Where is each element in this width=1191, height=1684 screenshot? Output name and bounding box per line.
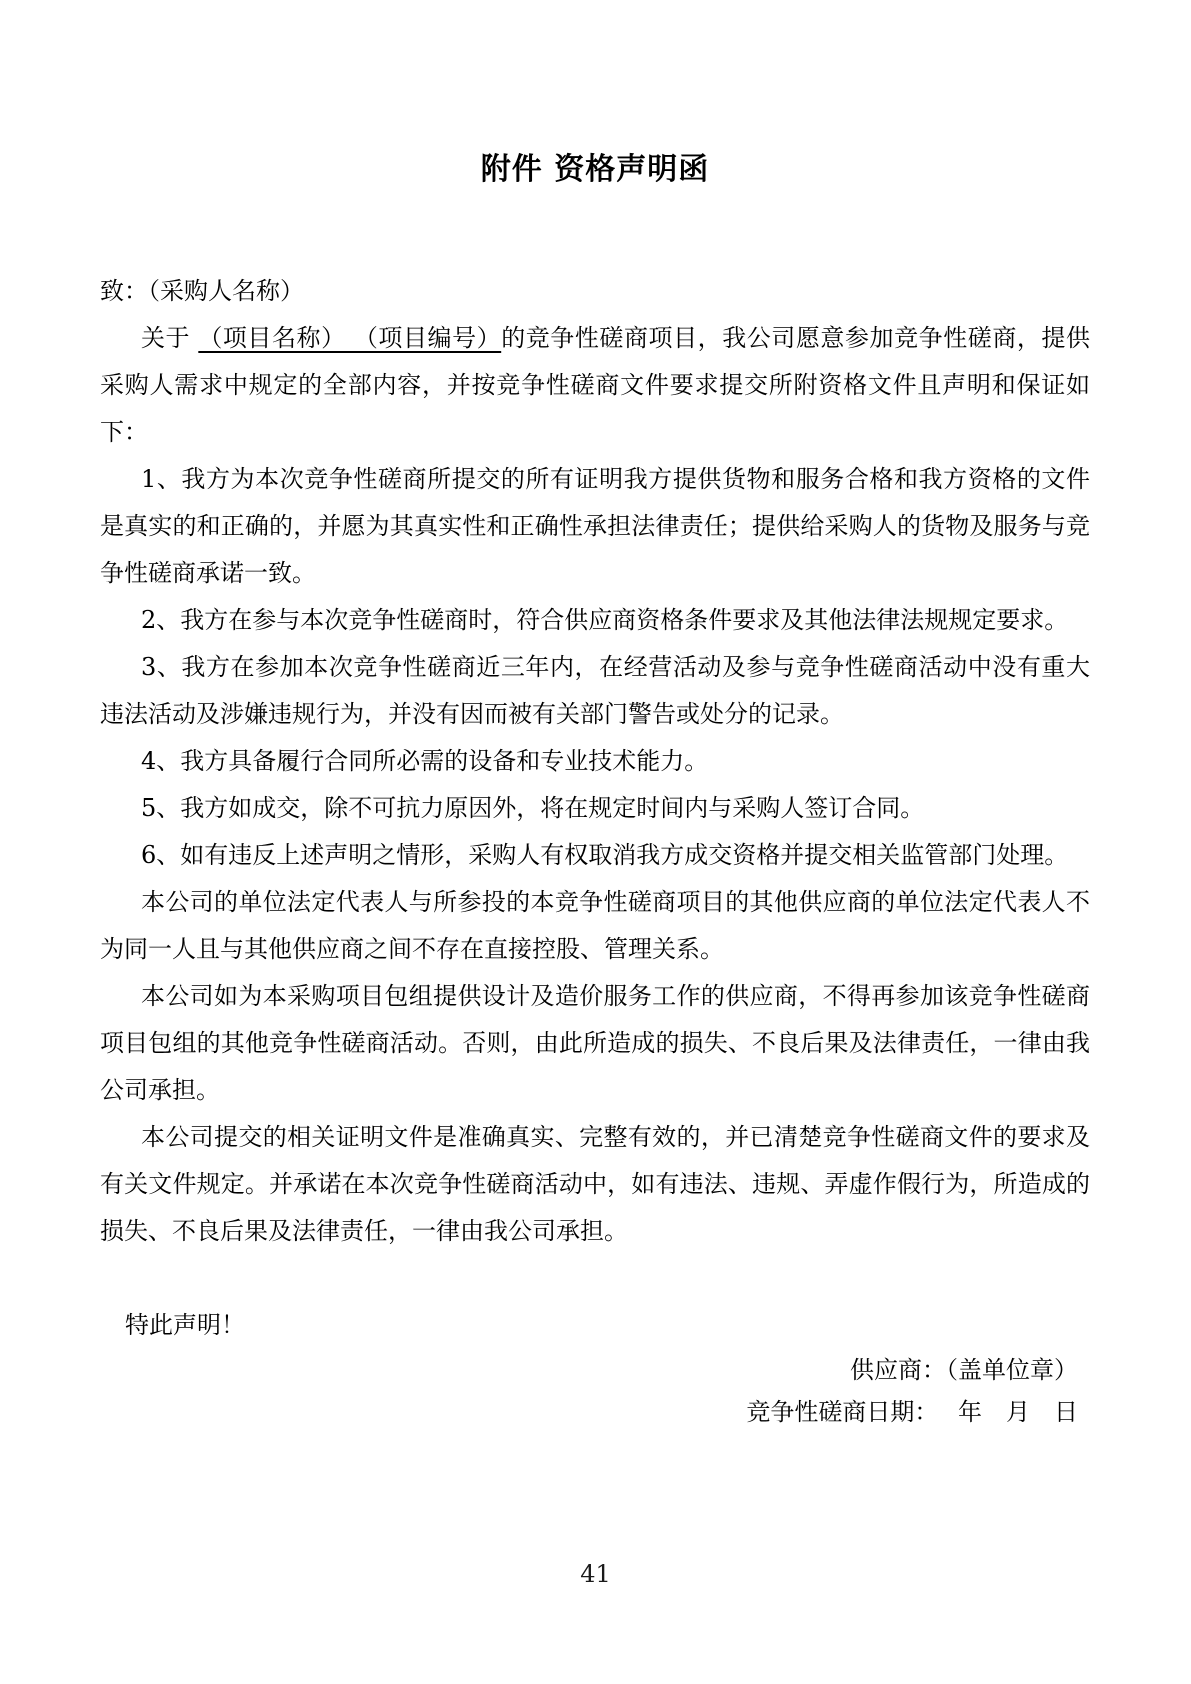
page-number: 41 — [0, 1560, 1191, 1588]
document-body: 致：（采购人名称） 关于 （项目名称） （项目编号）的竞争性磋商项目，我公司愿意… — [100, 268, 1090, 1433]
supplier-signature-line: 供应商：（盖单位章） — [100, 1349, 1078, 1391]
design-service-paragraph: 本公司如为本采购项目包组提供设计及造价服务工作的供应商，不得再参加该竞争性磋商项… — [100, 973, 1090, 1114]
clause-paragraph-6: 6、如有违反上述声明之情形，采购人有权取消我方成交资格并提交相关监管部门处理。 — [100, 832, 1090, 879]
project-name-number-underline: （项目名称） （项目编号） — [198, 324, 501, 352]
negotiation-date-line: 竞争性磋商日期： 年 月 日 — [100, 1391, 1078, 1433]
clause-paragraph-1: 1、我方为本次竞争性磋商所提交的所有证明我方提供货物和服务合格和我方资格的文件是… — [100, 456, 1090, 597]
clause-paragraph-5: 5、我方如成交，除不可抗力原因外，将在规定时间内与采购人签订合同。 — [100, 785, 1090, 832]
signature-block: 供应商：（盖单位章） 竞争性磋商日期： 年 月 日 — [100, 1349, 1090, 1433]
intro-prefix: 关于 — [141, 324, 198, 352]
intro-paragraph: 关于 （项目名称） （项目编号）的竞争性磋商项目，我公司愿意参加竞争性磋商，提供… — [100, 315, 1090, 456]
document-title: 附件 资格声明函 — [100, 150, 1090, 190]
proof-documents-paragraph: 本公司提交的相关证明文件是准确真实、完整有效的，并已清楚竞争性磋商文件的要求及有… — [100, 1114, 1090, 1255]
clause-paragraph-3: 3、我方在参加本次竞争性磋商近三年内，在经营活动及参与竞争性磋商活动中没有重大违… — [100, 644, 1090, 738]
declaration-statement: 特此声明！ — [100, 1302, 1090, 1349]
clause-paragraph-2: 2、我方在参与本次竞争性磋商时，符合供应商资格条件要求及其他法律法规规定要求。 — [100, 597, 1090, 644]
document-page: 附件 资格声明函 致：（采购人名称） 关于 （项目名称） （项目编号）的竞争性磋… — [0, 0, 1191, 1684]
legal-representative-paragraph: 本公司的单位法定代表人与所参投的本竞争性磋商项目的其他供应商的单位法定代表人不为… — [100, 879, 1090, 973]
clause-paragraph-4: 4、我方具备履行合同所必需的设备和专业技术能力。 — [100, 738, 1090, 785]
salutation: 致：（采购人名称） — [100, 268, 1090, 315]
